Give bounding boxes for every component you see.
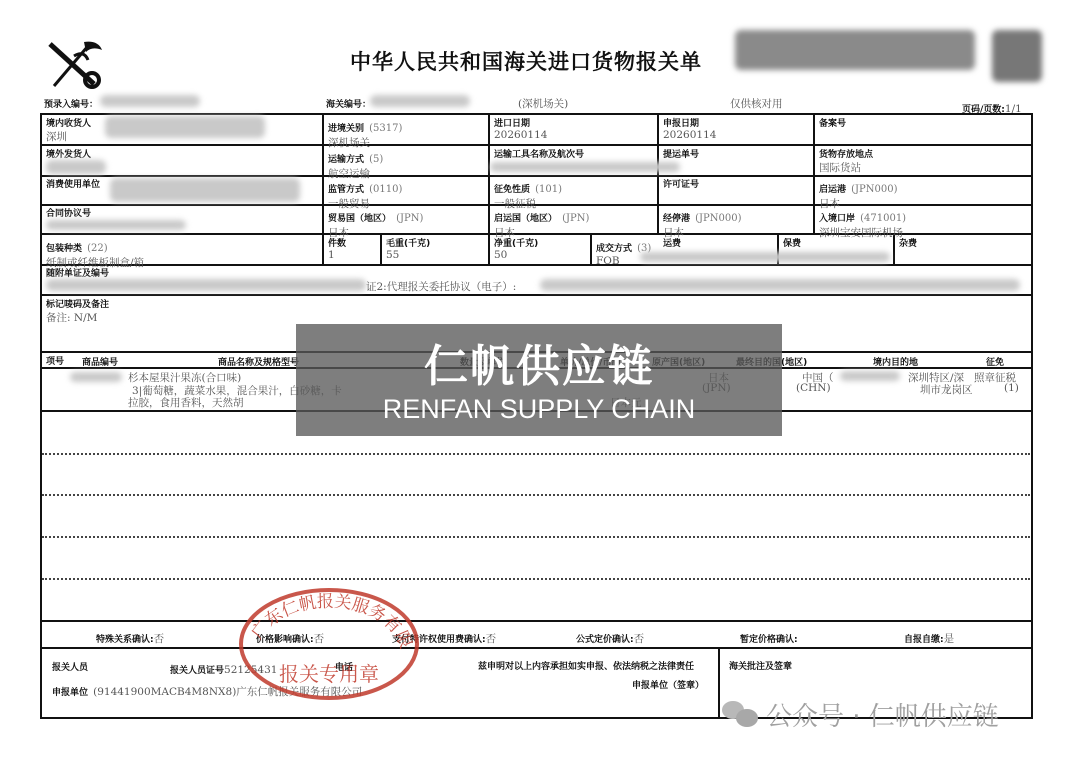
marks-label: 标记唛码及备注: [46, 297, 109, 310]
customs-no-redacted: [370, 95, 470, 107]
marks-value: 备注: N/M: [46, 310, 97, 325]
confirm-self-declare: 自报自缴:是: [904, 627, 954, 646]
field-misc: 杂费: [899, 236, 917, 249]
field-consignee: 境内收货人 深圳: [46, 116, 91, 144]
field-shipper: 境外发货人: [46, 147, 91, 160]
watermark-en: RENFAN SUPPLY CHAIN: [296, 394, 782, 425]
confirm-label: 特殊关系确认:: [96, 635, 154, 645]
confirm-label: 暂定价格确认:: [740, 635, 798, 645]
misc-label: 杂费: [899, 236, 917, 249]
customs-emblem-icon: [44, 36, 104, 90]
freight-label: 运费: [663, 236, 681, 249]
field-transit-port: 经停港 (JPN000) 日本: [663, 206, 742, 240]
trade-country-code: (JPN): [396, 213, 423, 224]
contract-no-label: 合同协议号: [46, 206, 91, 219]
field-pieces: 件数 1: [328, 236, 346, 261]
confirm-provisional-price: 暂定价格确认:: [740, 627, 798, 646]
items-header-no: 项号: [46, 354, 64, 367]
item-domestic-dest-2: 圳市龙岗区: [920, 382, 973, 397]
transport-mode-code: (5): [369, 154, 383, 165]
origin-country-code: (JPN): [562, 213, 589, 224]
declare-date-label: 申报日期: [663, 116, 716, 129]
statement: 兹申明对以上内容承担如实申报、依法纳税之法律责任: [478, 659, 694, 672]
consignee-value: 深圳: [46, 129, 91, 144]
qr-code-redacted: [992, 30, 1042, 82]
transaction-mode-label: 成交方式: [596, 244, 632, 254]
consumer-redacted: [110, 178, 300, 202]
item-dest-country-2: (CHN): [796, 382, 831, 394]
watermark-banner: 仁帆供应链 RENFAN SUPPLY CHAIN: [296, 324, 782, 436]
insurance-label: 保费: [783, 236, 801, 249]
customs-office-note: (深机场关): [518, 96, 568, 111]
levy-nature-label: 征免性质: [494, 185, 530, 195]
barcode-redacted: [735, 30, 975, 70]
field-bill-no: 提运单号: [663, 147, 699, 160]
transit-port-code: (JPN000): [695, 213, 741, 224]
field-consumer: 消费使用单位: [46, 177, 100, 190]
departure-port-label: 启运港: [819, 185, 846, 195]
confirm-label: 公式定价确认:: [576, 635, 634, 645]
wechat-icon: [722, 699, 760, 729]
transit-port-label: 经停港: [663, 214, 690, 224]
package-type-code: (22): [87, 243, 108, 254]
transport-mode-label: 运输方式: [328, 155, 364, 165]
consignee-label: 境内收货人: [46, 116, 91, 129]
item-levy-2: (1): [1004, 382, 1019, 394]
svg-text:广东仁帆报关服务有限公司: 广东仁帆报关服务有限公司: [236, 585, 415, 652]
confirm-value: 否: [154, 633, 165, 645]
storage-place-value: 国际货站: [819, 160, 873, 175]
customs-no-label: 海关编号：: [326, 97, 371, 110]
supervision-mode-code: (0110): [369, 184, 402, 195]
declaring-unit-label: 申报单位: [52, 688, 88, 698]
entry-port-label: 入境口岸: [819, 214, 855, 224]
entry-office-code: (5317): [369, 123, 402, 134]
items-header-hs: 商品编号: [82, 355, 118, 368]
field-trade-country: 贸易国（地区） (JPN) 日本: [328, 206, 423, 240]
confirm-formula-pricing: 公式定价确认:否: [576, 627, 644, 646]
attached-docs-redacted-1: [46, 279, 366, 291]
dest-country-redacted: [840, 371, 900, 381]
bill-no-label: 提运单号: [663, 147, 699, 160]
import-date-value: 20260114: [494, 129, 547, 141]
storage-place-label: 货物存放地点: [819, 147, 873, 160]
transport-name-redacted: [490, 162, 680, 172]
license-no-label: 许可证号: [663, 177, 699, 190]
field-gross-weight: 毛重(千克) 55: [386, 236, 430, 261]
gross-weight-value: 55: [386, 249, 430, 261]
items-header-domestic-dest: 境内目的地: [873, 355, 918, 368]
field-net-weight: 净重(千克) 50: [494, 236, 538, 261]
unit-sign-label: 申报单位（签章）: [632, 678, 704, 691]
import-date-label: 进口日期: [494, 116, 547, 129]
item-spec-line2: 拉胶，食用香料，天然胡: [128, 395, 244, 410]
footer-watermark: 公众号 · 仁帆供应链: [722, 694, 999, 734]
confirm-value: 是: [944, 633, 955, 645]
attached-docs-label: 随附单证及编号: [46, 266, 109, 279]
field-entry-office: 进境关别 (5317) 深机场关: [328, 116, 402, 150]
watermark-cn: 仁帆供应链: [296, 330, 782, 394]
shipper-label: 境外发货人: [46, 147, 91, 160]
field-entry-port: 入境口岸 (471001) 深圳宝安国际机场: [819, 206, 906, 240]
svg-text:报关专用章: 报关专用章: [279, 662, 379, 686]
footer-watermark-text: 公众号 · 仁帆供应链: [766, 696, 999, 733]
pre-entry-label: 预录入编号：: [44, 97, 98, 110]
package-type-label: 包装种类: [46, 244, 82, 254]
field-transport-mode: 运输方式 (5) 航空运输: [328, 147, 383, 181]
contract-no-redacted: [46, 220, 186, 230]
net-weight-value: 50: [494, 249, 538, 261]
consumer-label: 消费使用单位: [46, 177, 100, 190]
confirm-value: 否: [634, 633, 645, 645]
pieces-value: 1: [328, 249, 346, 261]
company-stamp: 广东仁帆报关服务有限公司 报关专用章: [236, 585, 422, 703]
field-import-date: 进口日期 20260114: [494, 116, 547, 141]
confirm-value: 否: [486, 633, 497, 645]
fees-redacted: [640, 252, 890, 262]
supervision-mode-label: 监管方式: [328, 185, 364, 195]
customs-sign-label: 海关批注及签章: [729, 659, 792, 672]
attached-docs-redacted-2: [540, 279, 1020, 291]
field-origin-country: 启运国（地区） (JPN) 日本: [494, 206, 589, 240]
hs-code-redacted: [70, 372, 122, 382]
trade-country-label: 贸易国（地区）: [328, 214, 391, 224]
field-contract-no: 合同协议号: [46, 206, 91, 219]
field-license-no: 许可证号: [663, 177, 699, 190]
transport-name-label: 运输工具名称及航次号: [494, 147, 584, 160]
origin-country-label: 启运国（地区）: [494, 214, 557, 224]
items-header-levy: 征免: [986, 355, 1004, 368]
declare-date-value: 20260114: [663, 129, 716, 141]
field-insurance: 保费: [783, 236, 801, 249]
declarer-cert-label: 报关人员证号: [170, 666, 224, 676]
verify-note: 仅供核对用: [730, 96, 783, 111]
record-no-label: 备案号: [819, 116, 846, 129]
field-package-type: 包装种类 (22) 纸制或纤维板制盒/箱: [46, 236, 144, 270]
page-title: 中华人民共和国海关进口货物报关单: [350, 46, 702, 76]
levy-nature-code: (101): [535, 184, 562, 195]
net-weight-label: 净重(千克): [494, 236, 538, 249]
field-storage-place: 货物存放地点 国际货站: [819, 147, 873, 175]
entry-port-value: 深圳宝安国际机场: [819, 225, 906, 240]
attached-docs-value: 证2:代理报关委托协议（电子）:: [366, 279, 516, 294]
departure-port-code: (JPN000): [851, 184, 897, 195]
field-freight: 运费: [663, 236, 681, 249]
entry-port-code: (471001): [860, 213, 906, 224]
confirm-special-relation: 特殊关系确认:否: [96, 627, 164, 646]
declarer-label: 报关人员: [52, 660, 88, 673]
field-transport-name: 运输工具名称及航次号: [494, 147, 584, 160]
shipper-redacted: [46, 160, 106, 174]
pre-entry-redacted: [100, 95, 200, 107]
consignee-redacted: [105, 116, 265, 138]
items-header-name: 商品名称及规格型号: [218, 355, 299, 368]
field-record-no: 备案号: [819, 116, 846, 129]
confirm-label: 自报自缴:: [904, 635, 944, 645]
pieces-label: 件数: [328, 236, 346, 249]
gross-weight-label: 毛重(千克): [386, 236, 430, 249]
entry-office-label: 进境关别: [328, 124, 364, 134]
field-declare-date: 申报日期 20260114: [663, 116, 716, 141]
